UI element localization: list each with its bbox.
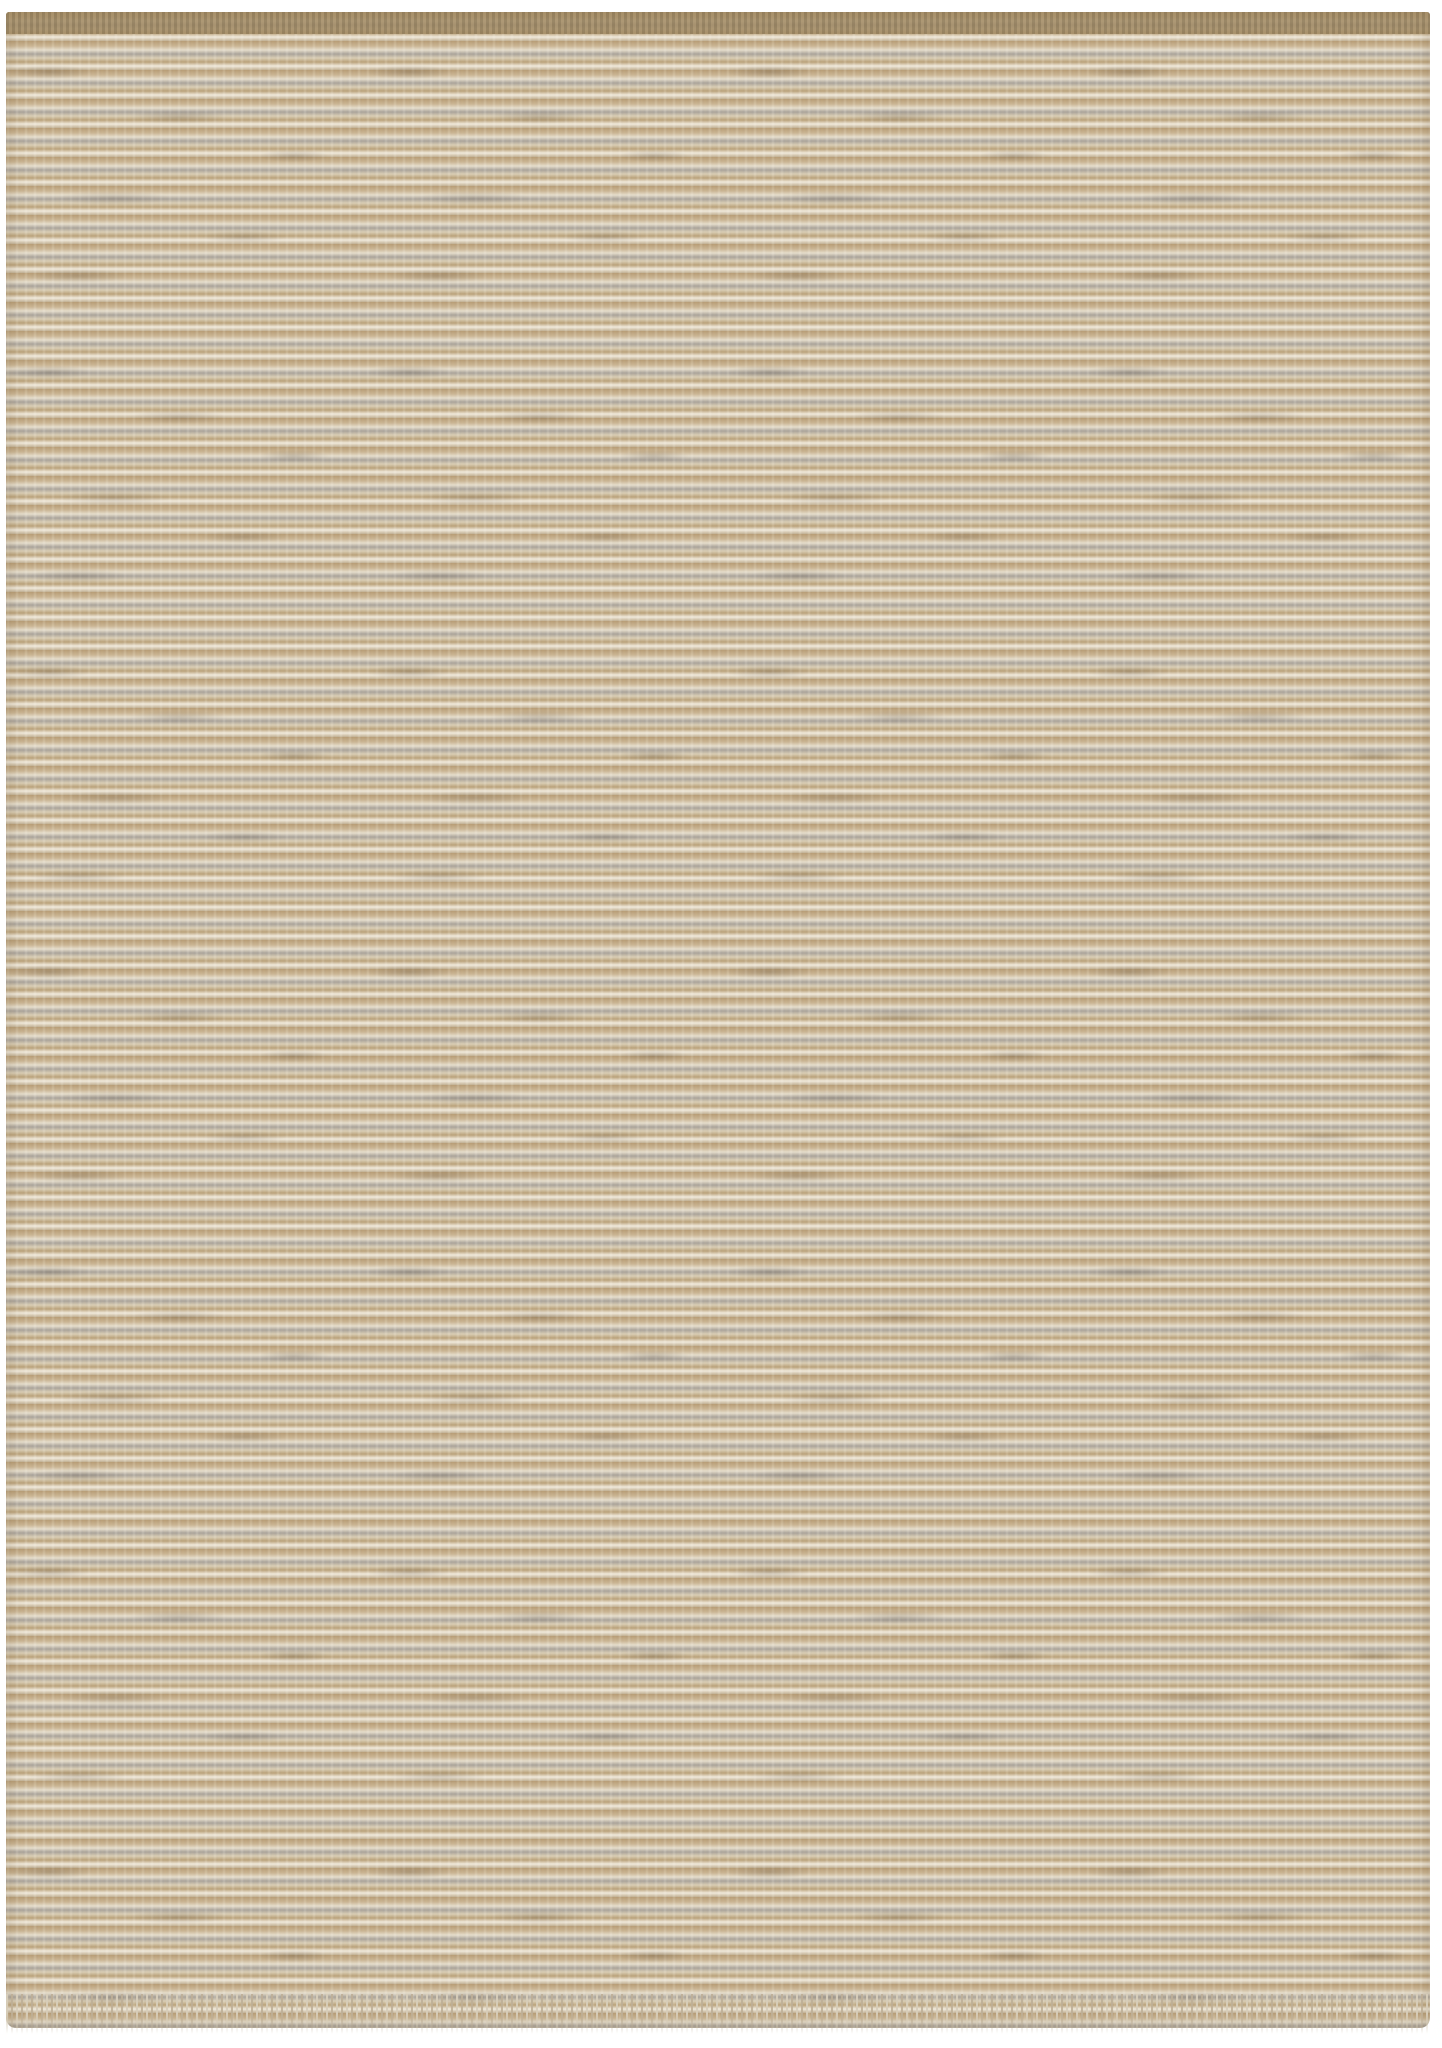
shag-rug — [6, 12, 1430, 2028]
rug-texture — [6, 12, 1430, 2028]
